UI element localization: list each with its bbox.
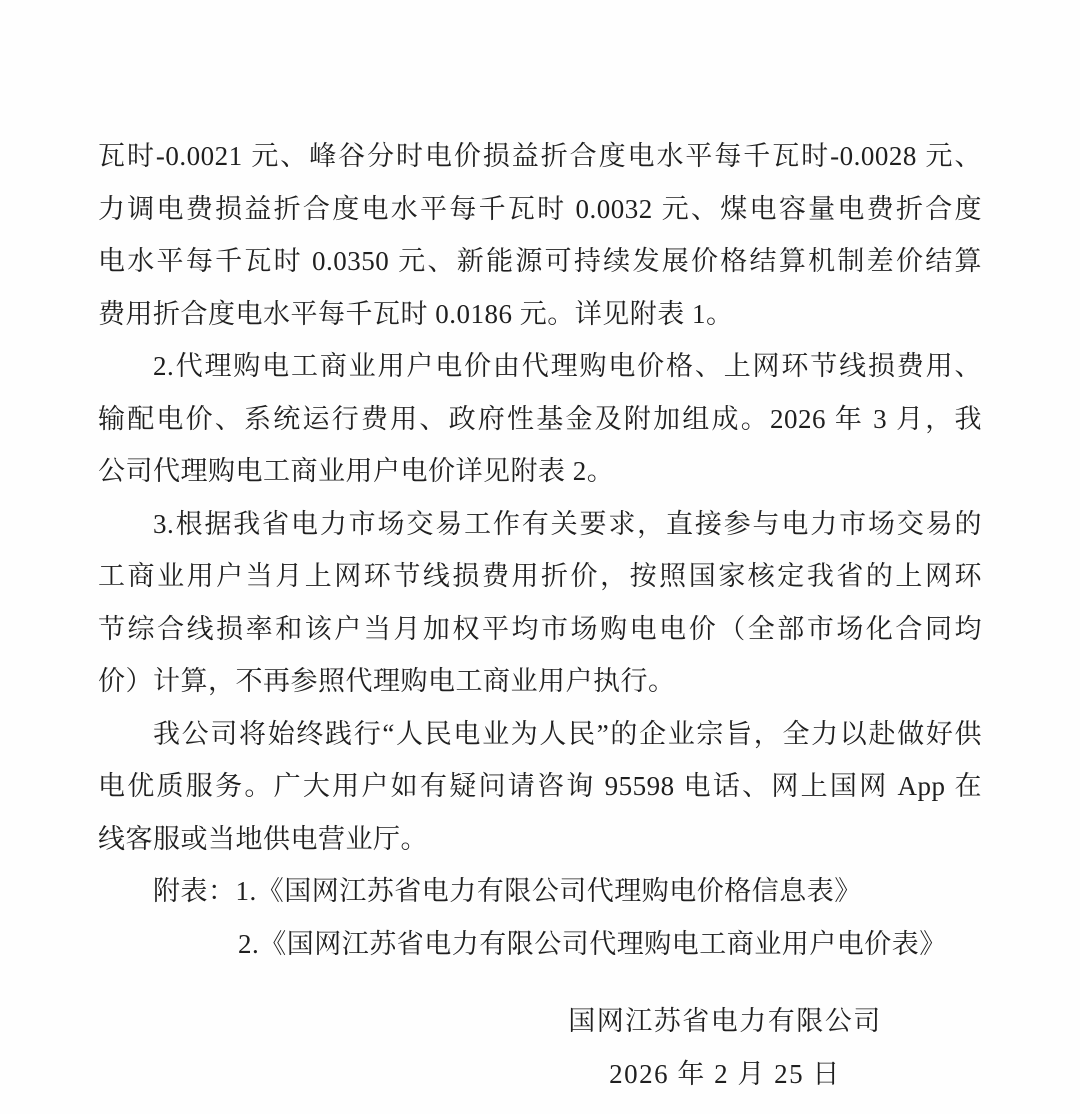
body-line: 电水平每千瓦时 0.0350 元、新能源可持续发展价格结算机制差价结算 <box>98 235 982 288</box>
body-line: 输配电价、系统运行费用、政府性基金及附加组成。2026 年 3 月，我 <box>98 393 982 446</box>
body-line: 价）计算，不再参照代理购电工商业用户执行。 <box>98 655 982 708</box>
document-page: 瓦时-0.0021 元、峰谷分时电价损益折合度电水平每千瓦时-0.0028 元、… <box>0 0 1080 1114</box>
signature-date: 2026 年 2 月 25 日 <box>555 1048 895 1101</box>
signature-block: 国网江苏省电力有限公司 2026 年 2 月 25 日 <box>555 995 895 1100</box>
body-line: 2.代理购电工商业用户电价由代理购电价格、上网环节线损费用、 <box>98 340 982 393</box>
body-line: 瓦时-0.0021 元、峰谷分时电价损益折合度电水平每千瓦时-0.0028 元、 <box>98 130 982 183</box>
body-line: 力调电费损益折合度电水平每千瓦时 0.0032 元、煤电容量电费折合度 <box>98 183 982 236</box>
body-line: 3.根据我省电力市场交易工作有关要求，直接参与电力市场交易的 <box>98 498 982 551</box>
body-line: 线客服或当地供电营业厅。 <box>98 813 982 866</box>
body-line: 工商业用户当月上网环节线损费用折价，按照国家核定我省的上网环 <box>98 550 982 603</box>
body-line: 费用折合度电水平每千瓦时 0.0186 元。详见附表 1。 <box>98 288 982 341</box>
body-line: 节综合线损率和该户当月加权平均市场购电电价（全部市场化合同均 <box>98 603 982 656</box>
body-line: 电优质服务。广大用户如有疑问请咨询 95598 电话、网上国网 App 在 <box>98 760 982 813</box>
body-line: 我公司将始终践行“人民电业为人民”的企业宗旨，全力以赴做好供 <box>98 708 982 761</box>
attachment-line-2: 2.《国网江苏省电力有限公司代理购电工商业用户电价表》 <box>98 918 982 971</box>
signature-org: 国网江苏省电力有限公司 <box>555 995 895 1048</box>
body-line: 公司代理购电工商业用户电价详见附表 2。 <box>98 445 982 498</box>
document-body: 瓦时-0.0021 元、峰谷分时电价损益折合度电水平每千瓦时-0.0028 元、… <box>98 130 982 970</box>
attachment-line-1: 附表：1.《国网江苏省电力有限公司代理购电价格信息表》 <box>98 865 982 918</box>
